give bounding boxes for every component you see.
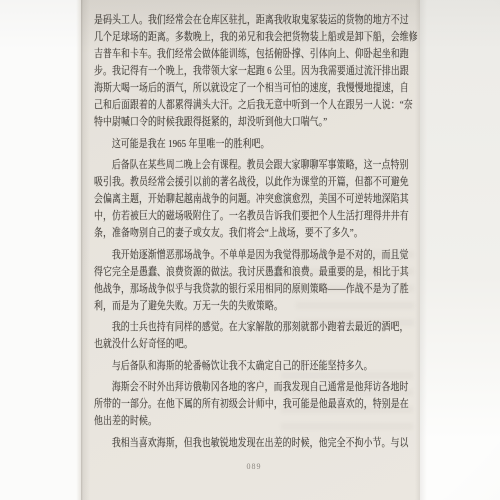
text-line: 我开始逐渐憎恶那场战争。不单单是因为我觉得那场战争是不对的，而且觉	[94, 247, 358, 264]
text-line: 他出差的时候。	[94, 413, 358, 430]
text-line: 几个足球场的距离。多数晚上，我的弟兄和我会把货物装上船或是卸下船，会维修	[94, 29, 358, 46]
paragraph: 我的士兵也持有同样的感觉。在大家解散的那刻就都小跑着去最近的酒吧，也就没什么好奇…	[94, 319, 420, 353]
page-text-block: 是码头工人。我们经常会在仓库区驻扎，距离我收取鬼冢装运的货物的地方不过几个足球场…	[94, 12, 420, 456]
text-line: 得它完全是愚蠢、浪费资源的做法。我讨厌愚蠢和浪费。最重要的是，相比于其	[94, 264, 358, 281]
text-line: 所带的一部分。在他下属的所有初级会计师中，我可能是他最喜欢的，特别是在	[94, 396, 358, 413]
text-line: 与后备队和海斯的轮番畅饮让我不太确定自己的肝还能坚持多久。	[94, 358, 358, 375]
paragraph: 后备队在某些周二晚上会有课程。教员会跟大家聊聊军事策略，这一点特别吸引我。教员经…	[94, 157, 420, 242]
text-line: 后备队在某些周二晚上会有课程。教员会跟大家聊聊军事策略，这一点特别	[94, 157, 358, 174]
text-line: 步。我记得有一个晚上，我带领大家一起跑 6 公里。因为我需要通过流汗排出跟	[94, 63, 358, 80]
page-number: 089	[94, 462, 414, 471]
left-page-edge-background	[0, 0, 81, 500]
text-line: 海斯会不时外出拜访俄勒冈各地的客户，而我发现自己通常是他拜访各地时	[94, 379, 358, 396]
text-line: 己和后面跟着的人都累得满头大汗。之后我无意中听到一个人在跟另一人说：“奈	[94, 97, 358, 114]
text-line: 特中尉喊口令的时候我跟得挺紧的，却没听到他大口喘气。”	[94, 114, 358, 131]
page-fore-edge-background	[420, 0, 500, 500]
text-line: 吉普车和卡车。我们经常会做体能训练，包括俯卧撑、引体向上、仰卧起坐和跑	[94, 46, 358, 63]
text-line: 这可能是我在 1965 年里唯一的胜利吧。	[94, 136, 358, 153]
book-page-photo: 是码头工人。我们经常会在仓库区驻扎，距离我收取鬼冢装运的货物的地方不过几个足球场…	[0, 0, 500, 500]
paragraph: 我相当喜欢海斯，但我也敏锐地发现在出差的时候，他完全不拘小节。与以	[94, 435, 420, 452]
text-line: 中，仿若被巨大的磁场吸附住了。一名教员告诉我们要把个人生活打理得井井有	[94, 208, 358, 225]
text-line: 海斯大喝一场后的酒气，所以就设定了一个相当可怕的速度，我慢慢地提速，自	[94, 80, 358, 97]
paragraph: 这可能是我在 1965 年里唯一的胜利吧。	[94, 136, 420, 153]
text-line: 也就没什么好奇怪的吧。	[94, 336, 358, 353]
text-line: 吸引我。教员经常会援引以前的著名战役，以此作为课堂的开篇，但都不可避免	[94, 174, 358, 191]
text-line: 我相当喜欢海斯，但我也敏锐地发现在出差的时候，他完全不拘小节。与以	[94, 435, 358, 452]
paragraph: 我开始逐渐憎恶那场战争。不单单是因为我觉得那场战争是不对的，而且觉得它完全是愚蠢…	[94, 247, 420, 315]
text-line: 是码头工人。我们经常会在仓库区驻扎，距离我收取鬼冢装运的货物的地方不过	[94, 12, 358, 29]
paragraph: 与后备队和海斯的轮番畅饮让我不太确定自己的肝还能坚持多久。	[94, 358, 420, 375]
text-line: 他战争，那场战争似乎与我贷款的银行采用相同的原则策略——作战不是为了胜	[94, 281, 358, 298]
text-line: 会偏离主题，开始聊起越南战争的问题。冲突愈演愈烈，美国不可逆转地深陷其	[94, 191, 358, 208]
book-page: 是码头工人。我们经常会在仓库区驻扎，距离我收取鬼冢装运的货物的地方不过几个足球场…	[81, 0, 420, 500]
text-line: 我的士兵也持有同样的感觉。在大家解散的那刻就都小跑着去最近的酒吧，	[94, 319, 358, 336]
paragraph: 海斯会不时外出拜访俄勒冈各地的客户，而我发现自己通常是他拜访各地时所带的一部分。…	[94, 379, 420, 430]
paragraph: 是码头工人。我们经常会在仓库区驻扎，距离我收取鬼冢装运的货物的地方不过几个足球场…	[94, 12, 420, 131]
text-line: 条，准备吻别自己的妻子或女友。我们将会“上战场，要不了多久”。	[94, 225, 358, 242]
text-line: 利，而是为了避免失败。万无一失的失败策略。	[94, 298, 358, 315]
